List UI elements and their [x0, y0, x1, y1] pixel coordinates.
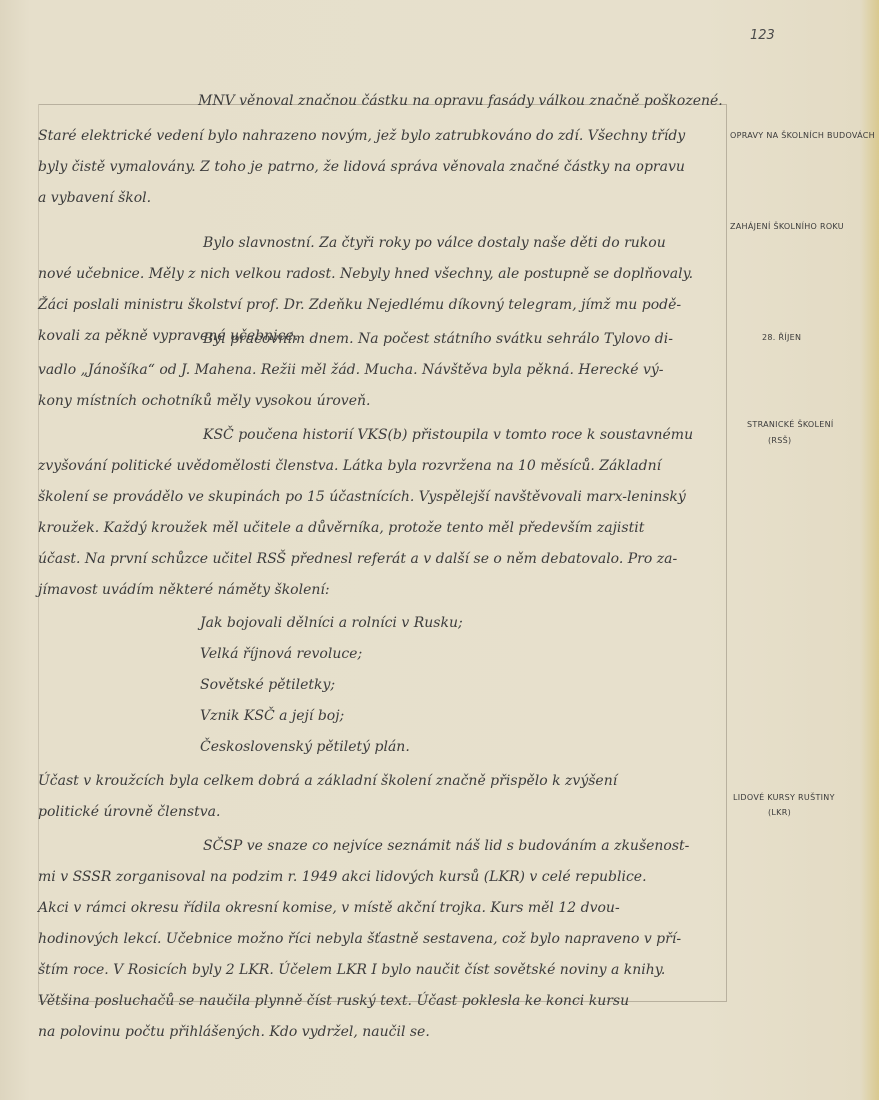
text-line: Vznik KSČ a její boj; — [200, 703, 344, 729]
text-line: Bylo slavnostní. Za čtyři roky po válce … — [203, 230, 666, 256]
margin-heading: Lidové kursy ruštiny — [733, 793, 835, 802]
text-line: Akci v rámci okresu řídila okresní komis… — [38, 895, 620, 921]
margin-heading: (RSŠ) — [768, 436, 791, 445]
text-line: školení se provádělo ve skupinách po 15 … — [38, 484, 686, 510]
text-line: Staré elektrické vedení bylo nahrazeno n… — [38, 123, 685, 149]
margin-heading: (LKR) — [768, 808, 791, 817]
text-line: MNV věnoval značnou částku na opravu fas… — [198, 88, 723, 114]
text-line: mi v SSSR zorganisoval na podzim r. 1949… — [38, 864, 647, 890]
text-line: byly čistě vymalovány. Z toho je patrno,… — [38, 154, 685, 180]
text-line: Jak bojovali dělníci a rolníci v Rusku; — [200, 610, 463, 636]
text-line: Velká říjnová revoluce; — [200, 641, 362, 667]
text-line: SČSP ve snaze co nejvíce seznámit náš li… — [203, 833, 689, 859]
text-line: účast. Na první schůzce učitel RSŠ předn… — [38, 546, 677, 572]
text-line: kroužek. Každý kroužek měl učitele a dův… — [38, 515, 644, 541]
text-line: Československý pětiletý plán. — [200, 734, 410, 760]
text-line: zvyšování politické uvědomělosti členstv… — [38, 453, 661, 479]
text-line: Žáci poslali ministru školství prof. Dr.… — [38, 292, 681, 318]
chronicle-page: 123 MNV věnoval značnou částku na opravu… — [0, 0, 879, 1100]
text-line: štím roce. V Rosicích byly 2 LKR. Účelem… — [38, 957, 665, 983]
text-line: na polovinu počtu přihlášených. Kdo vydr… — [38, 1019, 430, 1045]
text-line: nové učebnice. Měly z nich velkou radost… — [38, 261, 693, 287]
text-line: kony místních ochotníků měly vysokou úro… — [38, 388, 370, 414]
text-line: Sovětské pětiletky; — [200, 672, 335, 698]
page-number: 123 — [750, 28, 775, 43]
text-line: jímavost uvádím některé náměty školení: — [38, 577, 330, 603]
margin-heading: Stranické školení — [747, 420, 834, 429]
text-line: politické úrovně členstva. — [38, 799, 220, 825]
text-line: a vybavení škol. — [38, 185, 151, 211]
text-line: Účast v kroužcích byla celkem dobrá a zá… — [38, 768, 617, 794]
text-line: vadlo „Jánošíka“ od J. Mahena. Režii měl… — [38, 357, 664, 383]
text-line: KSČ poučena historií VKS(b) přistoupila … — [203, 422, 693, 448]
text-line: Byl pracovním dnem. Na počest státního s… — [203, 326, 673, 352]
margin-heading: Zahájení školního roku — [730, 222, 844, 231]
margin-heading: 28. říjen — [762, 333, 801, 342]
margin-heading: Opravy na školních budovách — [730, 131, 875, 140]
text-line: Většina posluchačů se naučila plynně čís… — [38, 988, 629, 1014]
text-line: hodinových lekcí. Učebnice možno říci ne… — [38, 926, 681, 952]
